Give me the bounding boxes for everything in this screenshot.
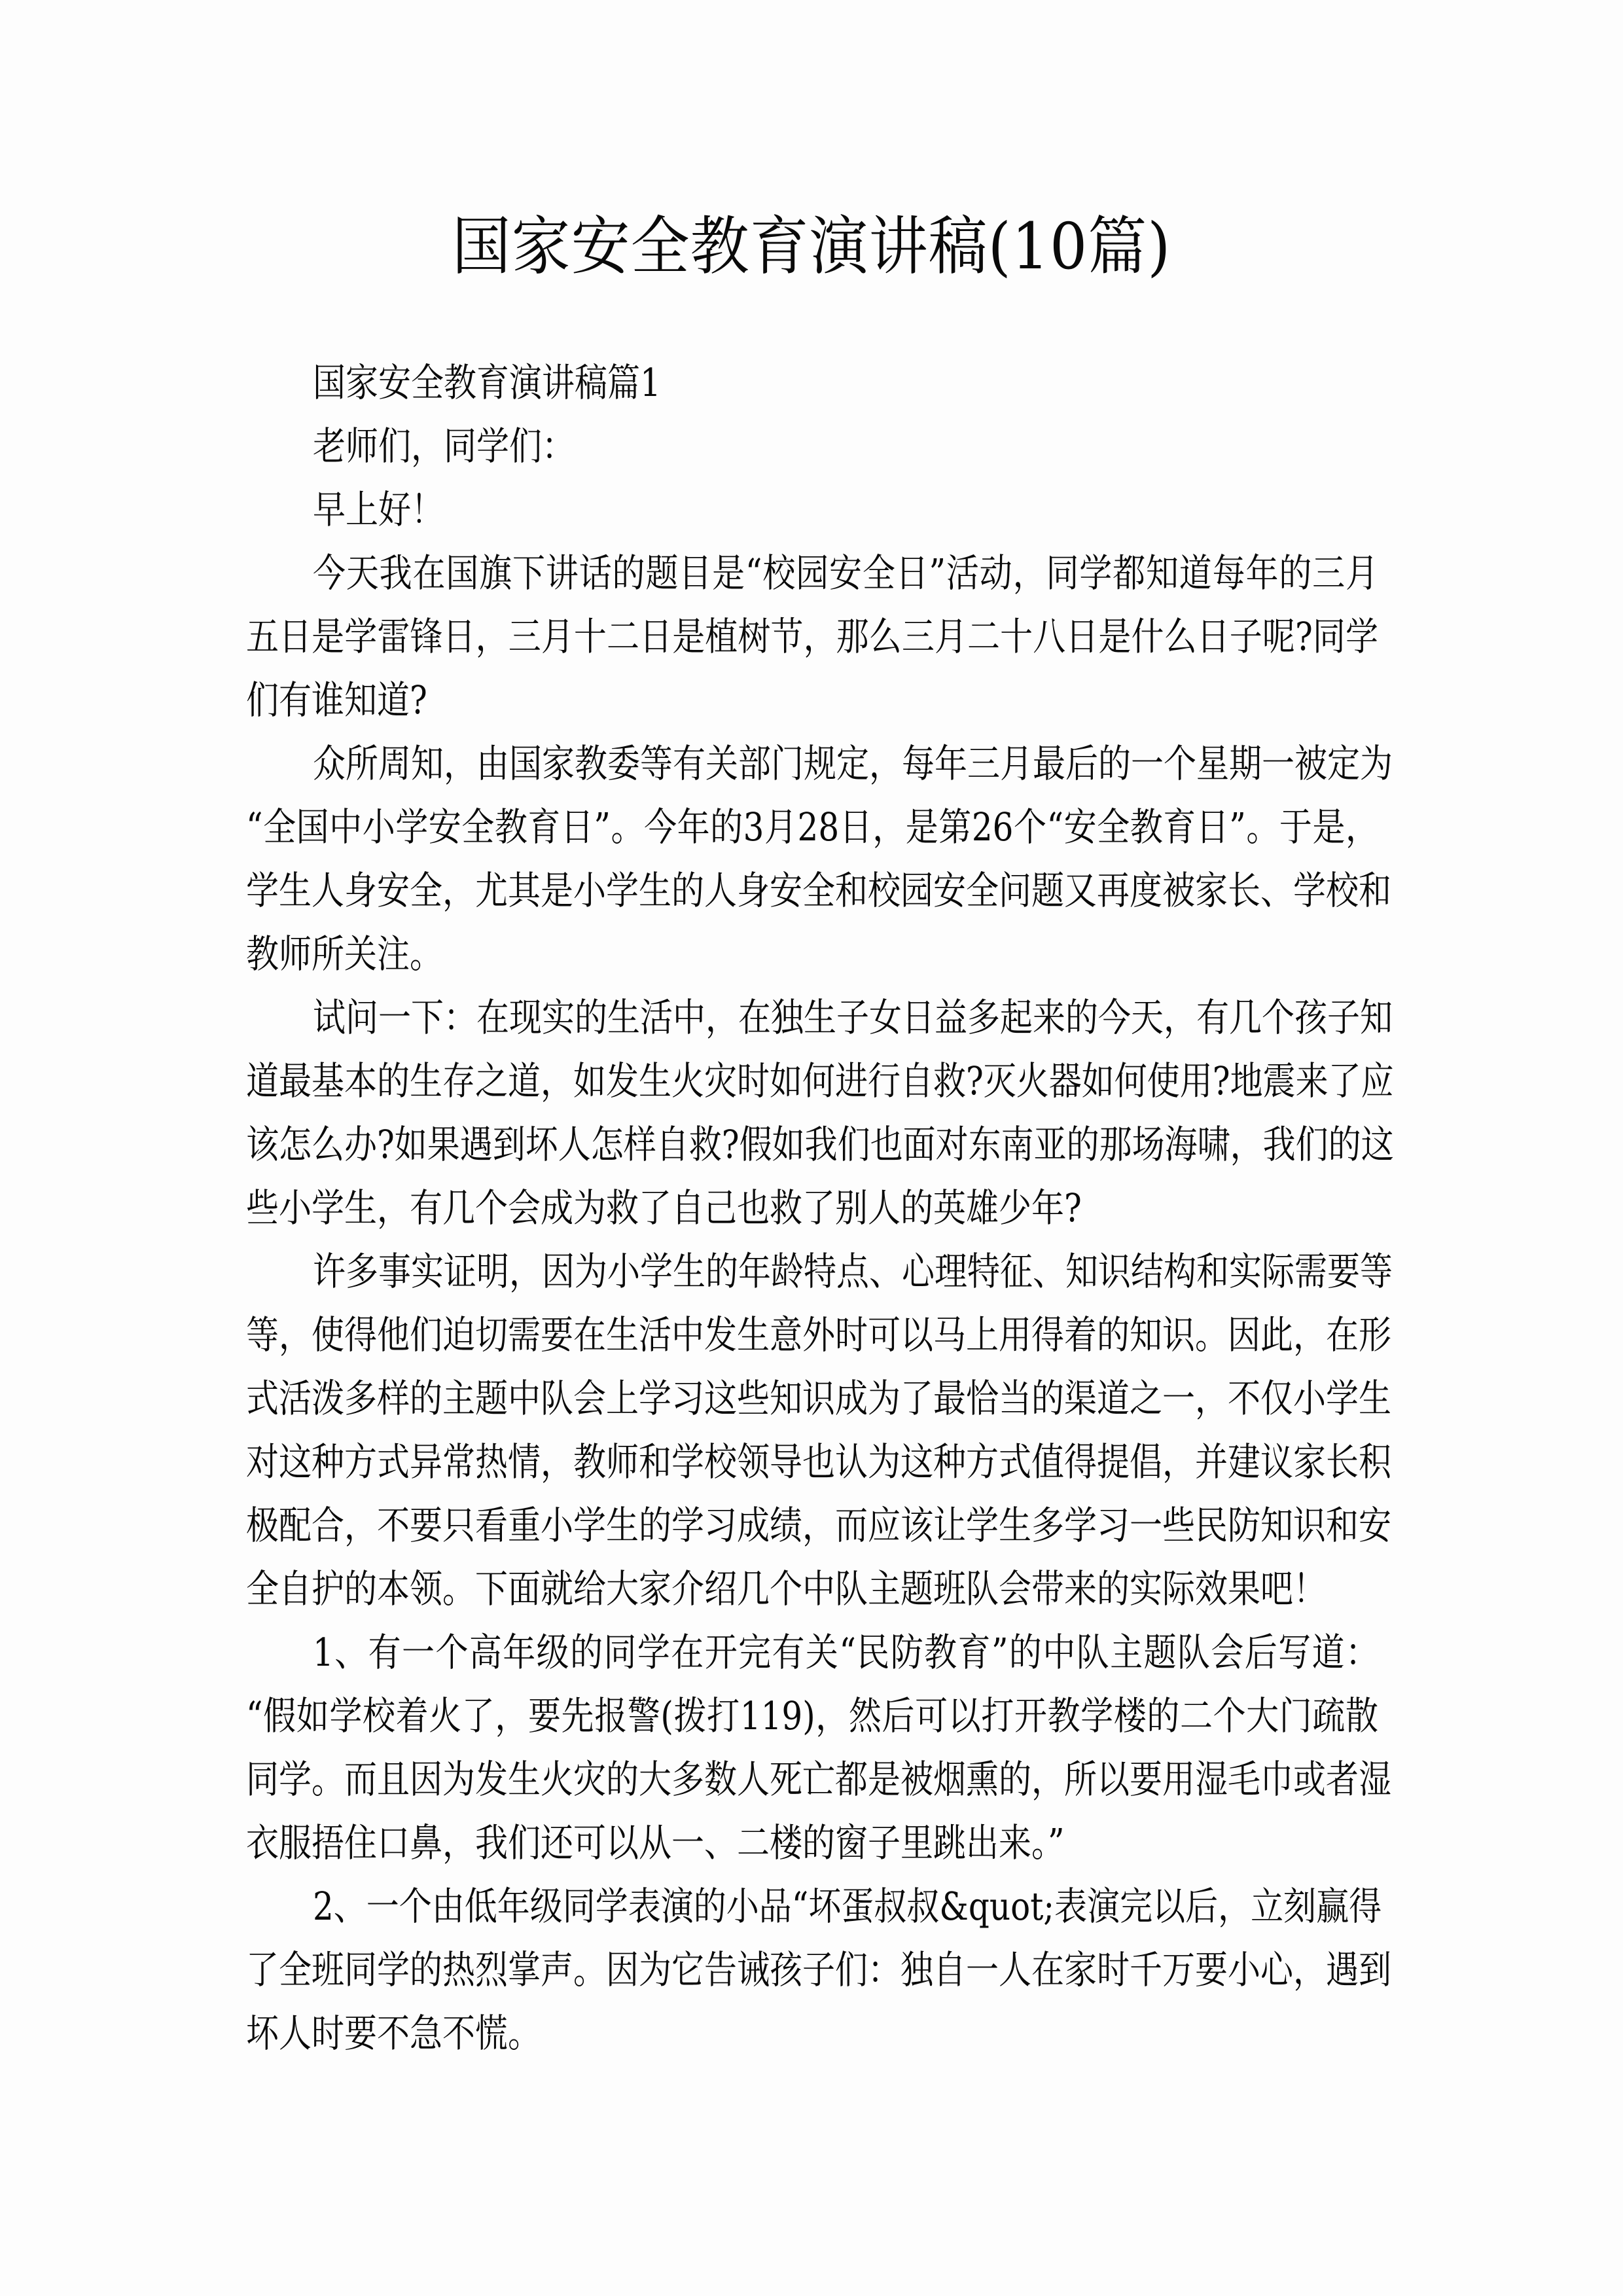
document-page: 国家安全教育演讲稿(10篇) 国家安全教育演讲稿篇1老师们，同学们：早上好！今天… (0, 0, 1623, 2296)
document-body: 国家安全教育演讲稿篇1老师们，同学们：早上好！今天我在国旗下讲话的题目是“校园安… (246, 353, 1378, 2068)
document-title: 国家安全教育演讲稿(10篇) (0, 208, 1623, 286)
text-line: 坏人时要不急不慌。 (246, 2004, 1378, 2079)
